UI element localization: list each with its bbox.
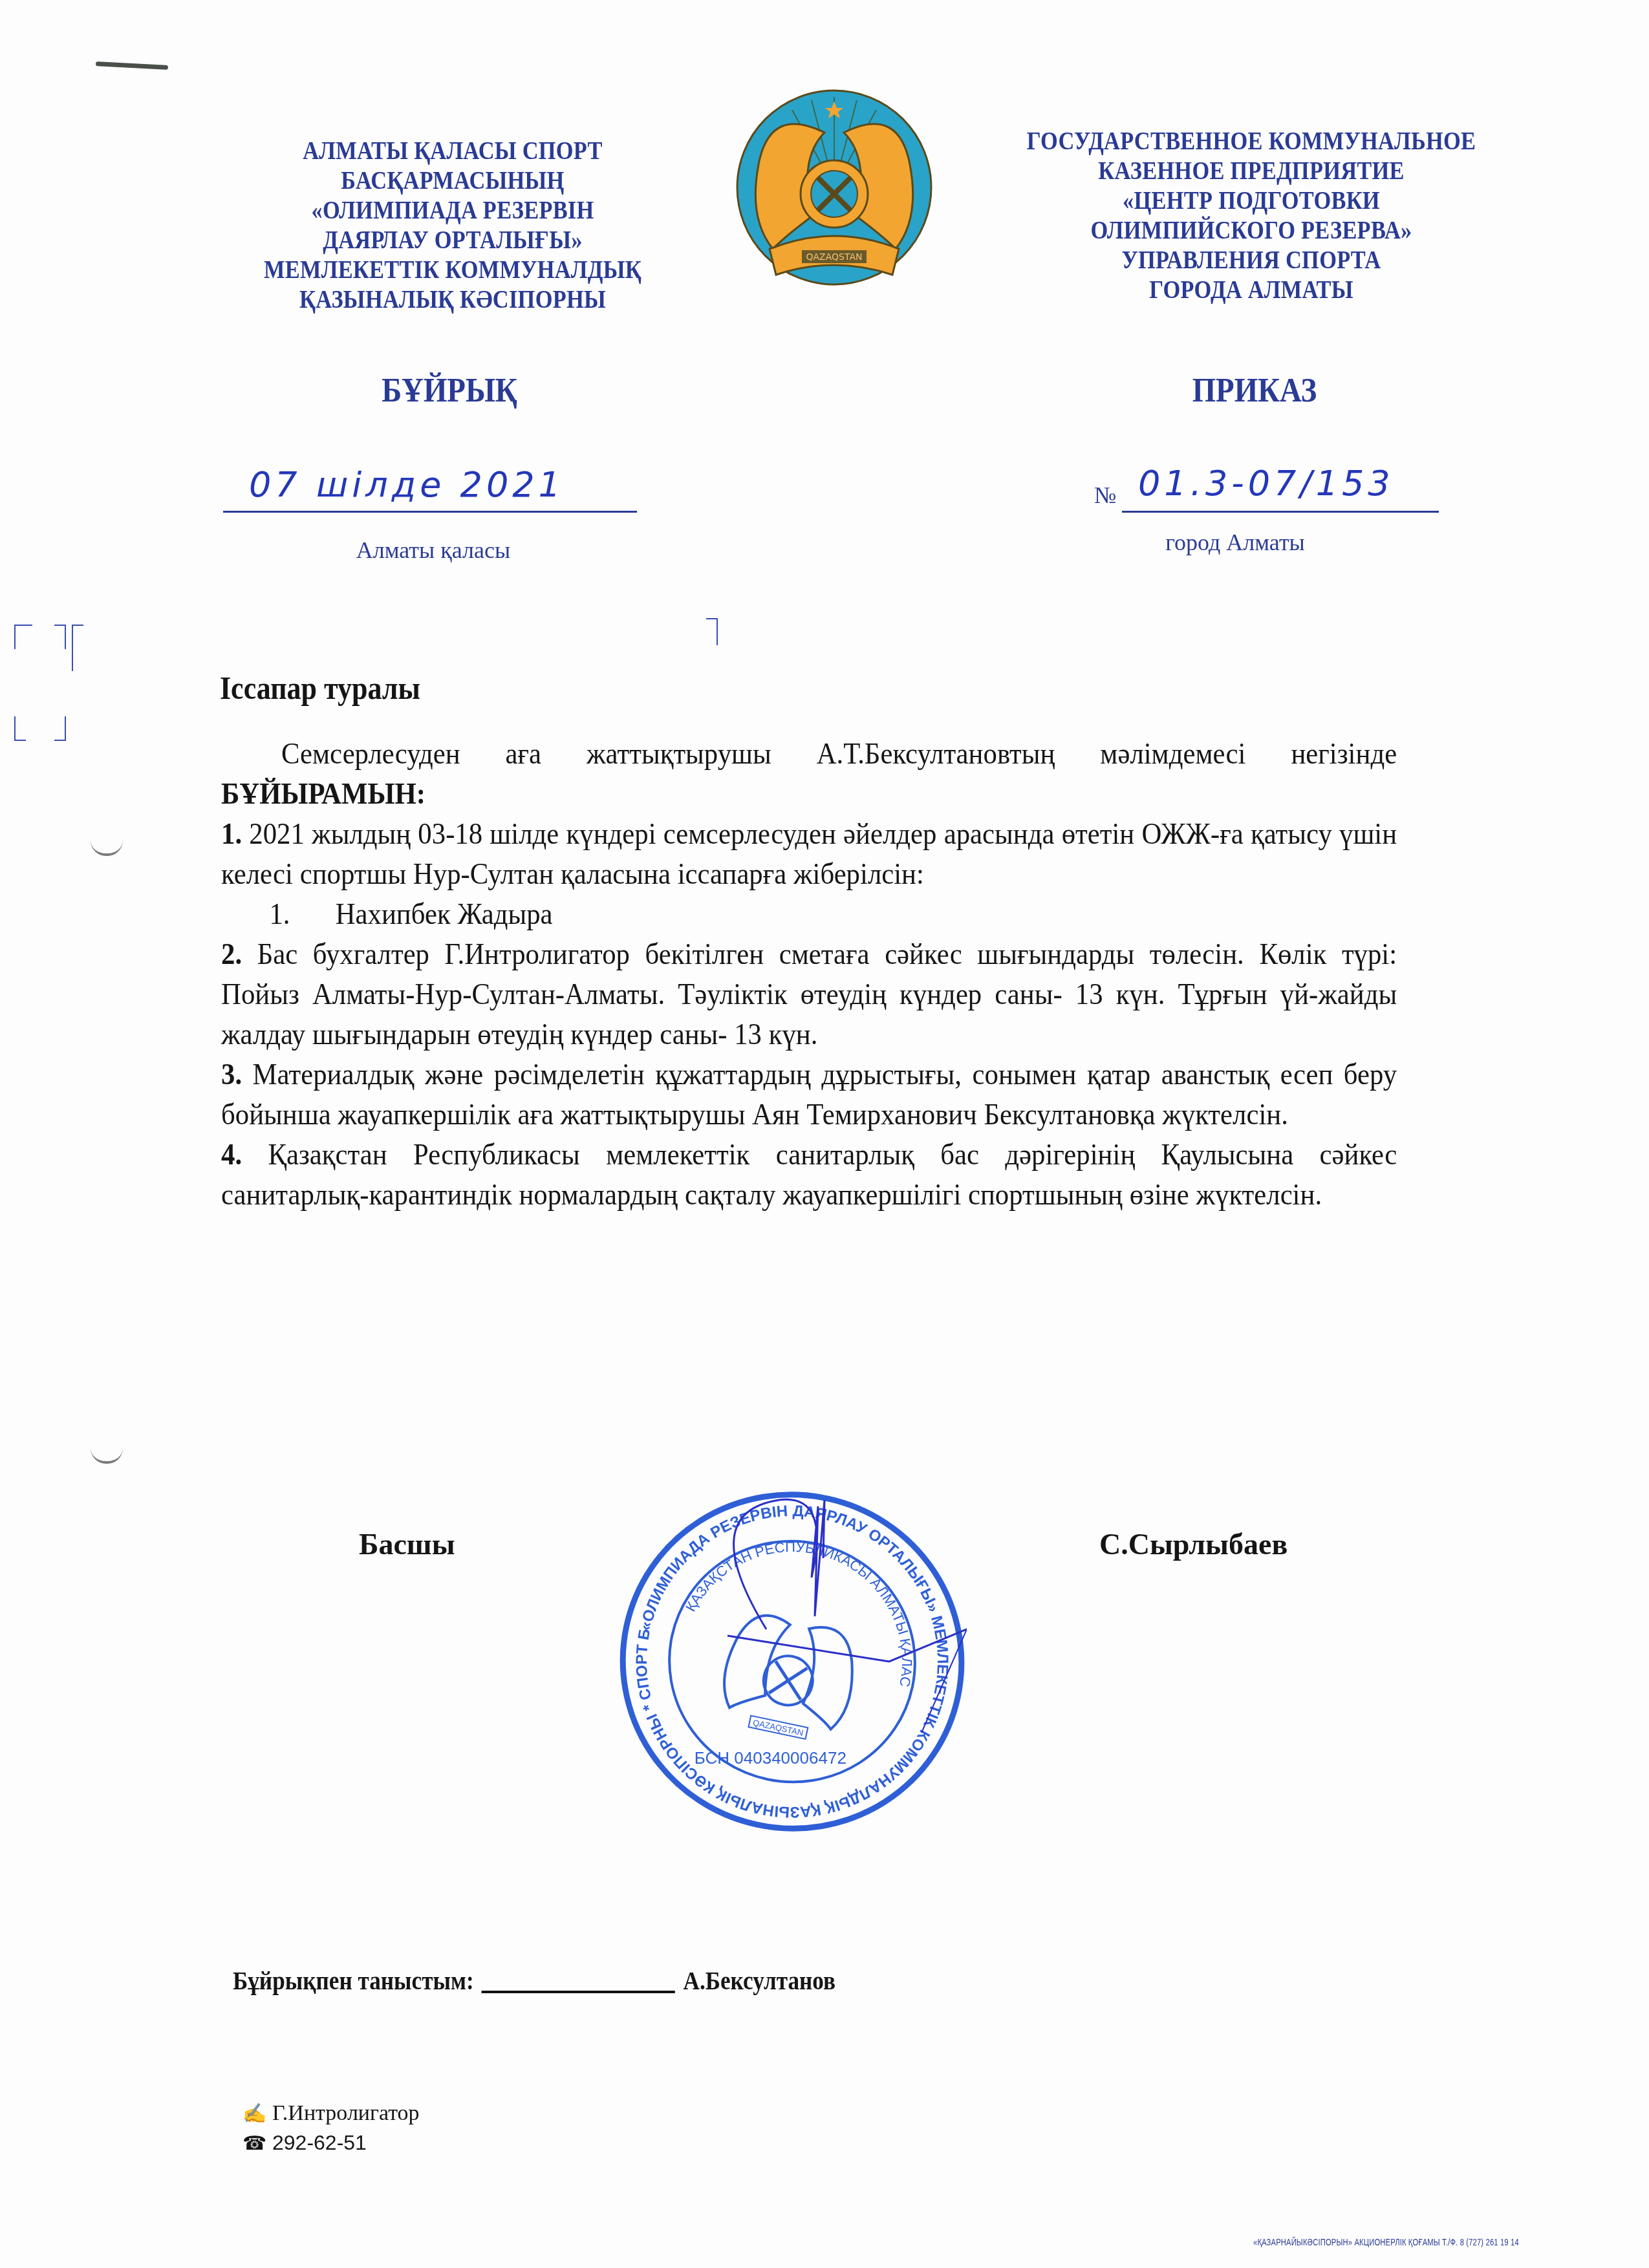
registration-mark bbox=[14, 625, 32, 649]
org-line: УПРАВЛЕНИЯ СПОРТА bbox=[971, 245, 1533, 275]
registration-mark bbox=[706, 618, 718, 645]
org-line: ГОСУДАРСТВЕННОЕ КОММУНАЛЬНОЕ bbox=[971, 126, 1533, 156]
city-kz: Алматы қаласы bbox=[278, 537, 588, 564]
official-stamp: «ОЛИМПИАДА РЕЗЕРВІН ДАЯРЛАУ ОРТАЛЫҒЫ» МЕ… bbox=[618, 1487, 967, 1836]
doc-type-ru: ПРИКАЗ bbox=[1138, 372, 1371, 410]
registration-mark bbox=[72, 625, 83, 671]
author-row: ✍Г.Интролигатор bbox=[242, 2099, 420, 2128]
phone-row: ☎292-62-51 bbox=[242, 2128, 420, 2158]
registration-mark bbox=[14, 716, 26, 741]
number-prefix: № bbox=[1094, 482, 1116, 509]
acknowledger-name: А.Бексултанов bbox=[684, 1966, 835, 1995]
item-4: 4. Қазақстан Республикасы мемлекеттік са… bbox=[221, 1135, 1397, 1215]
order-body: Семсерлесуден аға жаттықтырушы А.Т.Бексу… bbox=[221, 734, 1397, 1215]
acknowledgement-line: Бұйрықпен таныстым:А.Бексултанов bbox=[233, 1965, 835, 1996]
author-name: Г.Интролигатор bbox=[272, 2101, 420, 2125]
org-name-ru: ГОСУДАРСТВЕННОЕ КОММУНАЛЬНОЕ КАЗЕННОЕ ПР… bbox=[971, 126, 1533, 305]
org-line: КАЗЕННОЕ ПРЕДПРИЯТИЕ bbox=[971, 156, 1533, 186]
signatory-name: С.Сырлыбаев bbox=[1099, 1527, 1288, 1561]
intro-paragraph: Семсерлесуден аға жаттықтырушы А.Т.Бексу… bbox=[221, 734, 1397, 814]
contact-block: ✍Г.Интролигатор ☎292-62-51 bbox=[242, 2099, 420, 2158]
doc-type-kz: БҰЙРЫҚ bbox=[325, 372, 575, 410]
signatory-role: Басшы bbox=[359, 1527, 455, 1561]
subject-heading: Іссапар туралы bbox=[220, 669, 420, 707]
item-1: 1. 2021 жылдың 03-18 шілде күндері семсе… bbox=[221, 814, 1397, 894]
item-3: 3. Материалдық және рәсімделетін құжатта… bbox=[221, 1054, 1397, 1135]
phone-number: 292-62-51 bbox=[272, 2131, 367, 2154]
org-name-kz: АЛМАТЫ ҚАЛАСЫ СПОРТ БАСҚАРМАСЫНЫҢ «ОЛИМП… bbox=[219, 136, 686, 314]
org-line: ГОРОДА АЛМАТЫ bbox=[971, 275, 1533, 305]
signature-blank bbox=[482, 1978, 675, 1993]
order-word: БҰЙЫРАМЫН: bbox=[221, 777, 426, 810]
org-line: «ЦЕНТР ПОДГОТОВКИ bbox=[971, 186, 1533, 215]
registration-mark bbox=[54, 716, 66, 741]
svg-text:БСН 040340006472: БСН 040340006472 bbox=[695, 1748, 846, 1768]
telephone-icon: ☎ bbox=[242, 2130, 272, 2158]
item-2: 2. Бас бухгалтер Г.Интролигатор бекітілг… bbox=[221, 934, 1397, 1054]
org-line: МЕМЛЕКЕТТІК КОММУНАЛДЫҚ bbox=[219, 255, 686, 284]
pen-writing-icon: ✍ bbox=[242, 2100, 272, 2128]
athlete-name: Нахипбек Жадыра bbox=[336, 897, 553, 930]
scan-mark bbox=[96, 61, 168, 70]
svg-text:QAZAQSTAN: QAZAQSTAN bbox=[806, 252, 863, 262]
svg-text:QAZAQSTAN: QAZAQSTAN bbox=[752, 1718, 804, 1738]
org-line: БАСҚАРМАСЫНЫҢ bbox=[219, 166, 686, 195]
city-ru: город Алматы bbox=[1119, 529, 1352, 556]
punch-hole-mark bbox=[91, 840, 123, 856]
registration-mark bbox=[54, 625, 66, 649]
athlete-list-item: 1.Нахипбек Жадыра bbox=[221, 894, 1397, 934]
date-field: 07 шілде 2021 bbox=[223, 472, 637, 513]
org-line: АЛМАТЫ ҚАЛАСЫ СПОРТ bbox=[219, 136, 686, 166]
org-line: «ОЛИМПИАДА РЕЗЕРВІН bbox=[219, 195, 686, 225]
org-line: ОЛИМПИЙСКОГО РЕЗЕРВА» bbox=[971, 215, 1533, 245]
handwritten-date: 07 шілде 2021 bbox=[249, 464, 565, 505]
org-line: ДАЯРЛАУ ОРТАЛЫҒЫ» bbox=[219, 225, 686, 255]
handwritten-number: 01.3-07/153 bbox=[1138, 463, 1394, 504]
punch-hole-mark bbox=[91, 1448, 123, 1464]
printer-imprint: «ҚАЗАРНАЙЫКӘСІПОРЫН» АКЦИОНЕРЛІК ҚОҒАМЫ … bbox=[1253, 2237, 1519, 2247]
kazakhstan-emblem-icon: QAZAQSTAN bbox=[734, 87, 934, 288]
number-field: 01.3-07/153 bbox=[1122, 472, 1439, 513]
org-line: ҚАЗЫНАЛЫҚ КӘСІПОРНЫ bbox=[219, 284, 686, 314]
